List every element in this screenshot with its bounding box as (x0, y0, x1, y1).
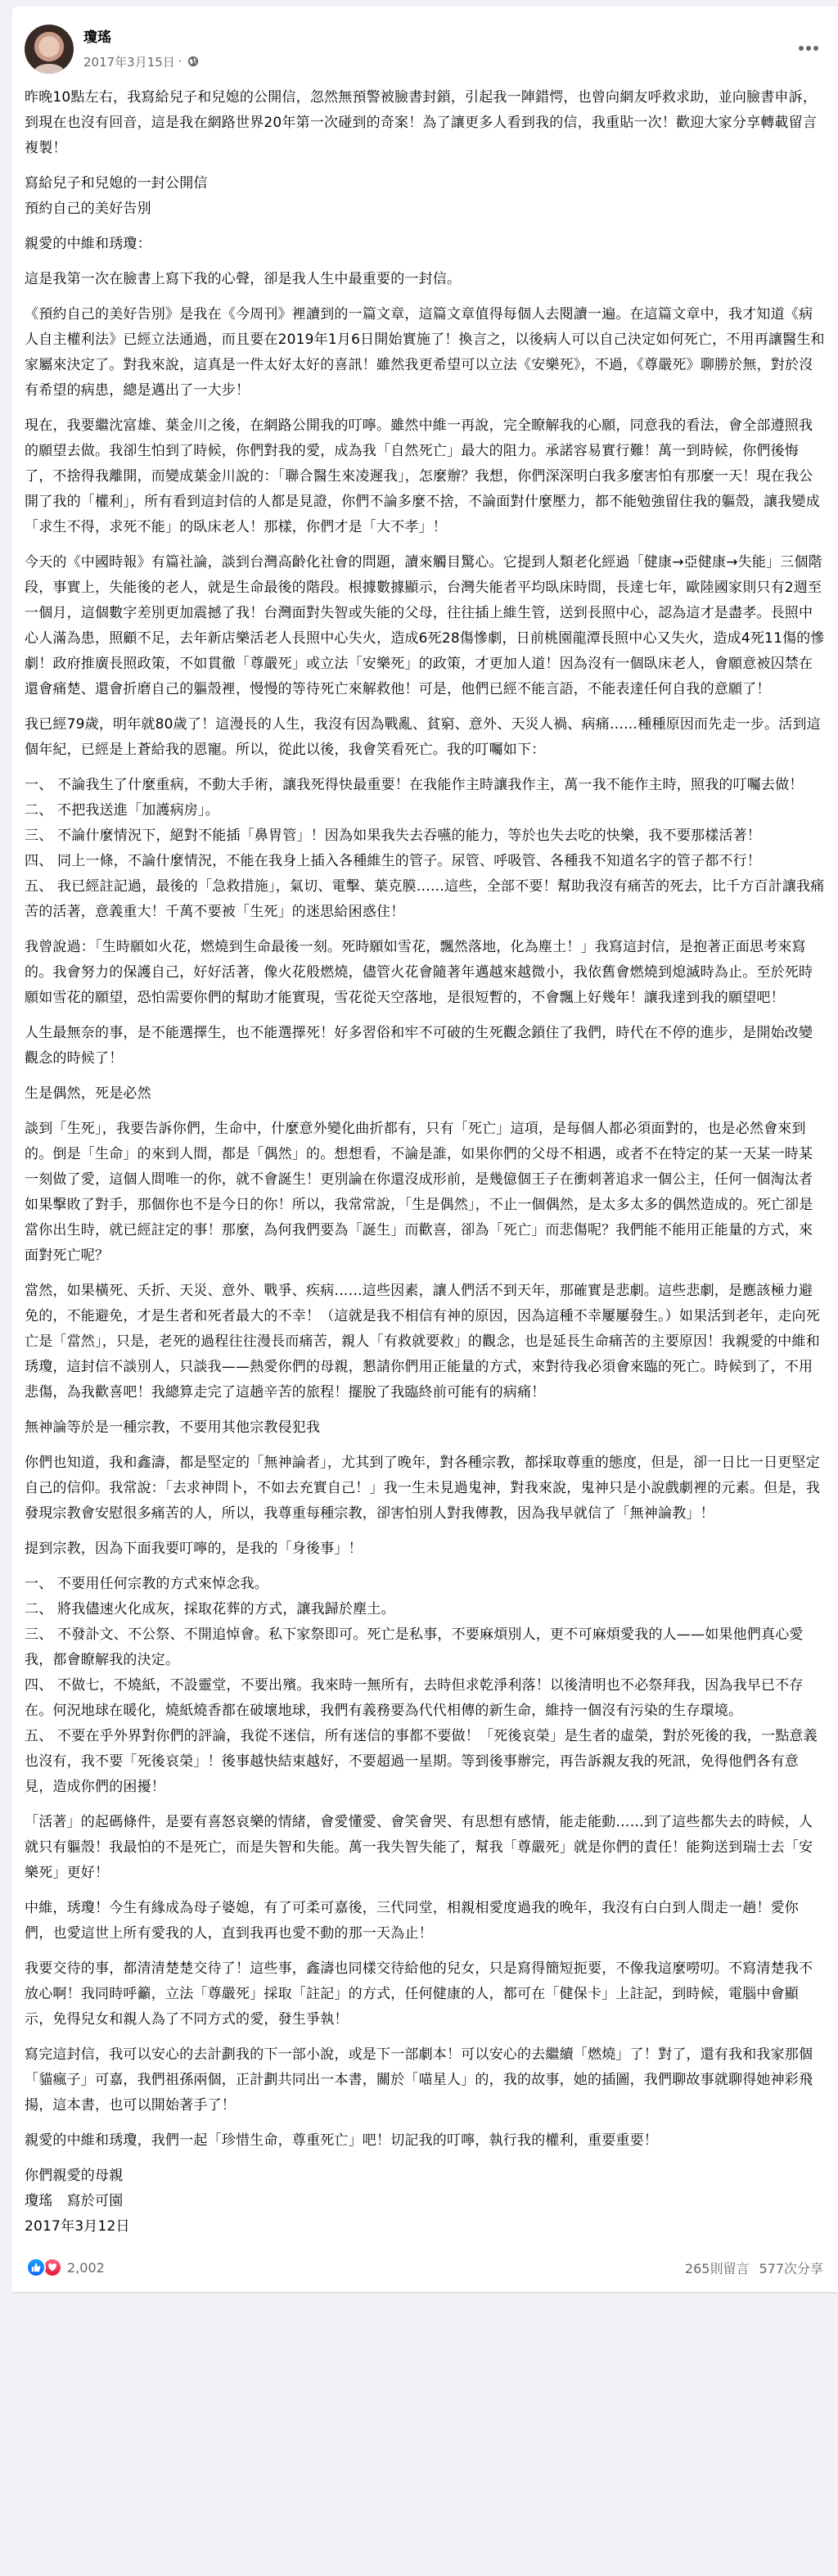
paragraph: 我曾說過：「生時願如火花，燃燒到生命最後一刻。死時願如雪花，飄然落地，化為塵土！… (25, 935, 825, 1011)
more-options-icon[interactable] (794, 41, 823, 56)
paragraph: 親愛的中維和琇瓊，我們一起「珍惜生命，尊重死亡」吧！切記我的叮嚀，執行我的權利，… (25, 2128, 825, 2154)
author-name[interactable]: 瓊瑤 (83, 29, 199, 47)
paragraph: 當然，如果橫死、夭折、天災、意外、戰爭、疾病……這些因素，讓人們活不到天年，那確… (25, 1279, 825, 1405)
shares-count[interactable]: 577次分享 (759, 2258, 823, 2277)
paragraph: 現在，我要繼沈富雄、葉金川之後，在網路公開我的叮嚀。雖然中維一再說，完全瞭解我的… (25, 413, 825, 540)
reaction-count[interactable]: 2,002 (67, 2260, 105, 2276)
post-body: 昨晚10點左右，我寫給兒子和兒媳的公開信，忽然無預警被臉書封鎖，引起我一陣錯愕，… (11, 82, 838, 2240)
author-avatar[interactable] (25, 25, 74, 74)
paragraph-salutation: 親愛的中維和琇瓊： (25, 232, 825, 257)
section-heading: 生是偶然，死是必然 (25, 1081, 825, 1107)
post-header: 瓊瑤 2017年3月15日 · (11, 7, 838, 82)
paragraph: 中維，琇瓊！今生有緣成為母子婆媳，有了可柔可嘉後，三代同堂，相親相愛度過我的晚年… (25, 1896, 825, 1947)
paragraph: 寫完這封信，我可以安心的去計劃我的下一部小說，或是下一部劇本！可以安心的去繼續「… (25, 2042, 825, 2118)
post-date[interactable]: 2017年3月15日 (83, 53, 175, 70)
paragraph: 提到宗教，因為下面我要叮嚀的，是我的「身後事」！ (25, 1536, 825, 1562)
post-footer: 2,002 265則留言 577次分享 (11, 2249, 838, 2282)
engagement-stats: 265則留言 577次分享 (685, 2258, 823, 2277)
paragraph: 我已經79歲，明年就80歲了！這漫長的人生，我沒有因為戰亂、貧窮、意外、天災人禍… (25, 712, 825, 763)
paragraph: 我要交待的事，都清清楚楚交待了！這些事，鑫濤也同樣交待給他的兒女，只是寫得簡短扼… (25, 1956, 825, 2032)
like-icon (26, 2258, 46, 2277)
paragraph-funeral-list: 一、 不要用任何宗教的方式來悼念我。 二、 將我儘速火化成灰，採取花葬的方式，讓… (25, 1572, 825, 1800)
dot (813, 46, 818, 51)
paragraph: 這是我第一次在臉書上寫下我的心聲，卻是我人生中最重要的一封信。 (25, 267, 825, 292)
reactions-summary[interactable]: 2,002 (26, 2258, 105, 2277)
post-card: 瓊瑤 2017年3月15日 · 昨晚10點左右，我寫給兒子和兒媳的公開信，忽然無… (11, 7, 838, 2292)
paragraph: 「活著」的起碼條件，是要有喜怒哀樂的情緒，會愛懂愛、會笑會哭、有思想有感情，能走… (25, 1810, 825, 1886)
paragraph-instructions-list: 一、 不論我生了什麼重病，不動大手術，讓我死得快最重要！在我能作主時讓我作主，萬… (25, 773, 825, 925)
comments-count[interactable]: 265則留言 (685, 2258, 750, 2277)
paragraph: 人生最無奈的事，是不能選擇生，也不能選擇死！好多習俗和牢不可破的生死觀念鎖住了我… (25, 1021, 825, 1071)
paragraph: 今天的《中國時報》有篇社論，談到台灣高齡化社會的問題，讀來觸目驚心。它提到人類老… (25, 550, 825, 702)
paragraph-signature: 你們親愛的母親 瓊瑤 寫於可園 2017年3月12日 (25, 2163, 825, 2240)
paragraph: 你們也知道，我和鑫濤，都是堅定的「無神論者」，尤其到了晚年，對各種宗教，都採取尊… (25, 1450, 825, 1527)
post-time-row: 2017年3月15日 · (83, 53, 199, 70)
section-heading: 無神論等於是一種宗教，不要用其他宗教侵犯我 (25, 1415, 825, 1441)
date-separator: · (178, 54, 182, 69)
dot (799, 46, 804, 51)
paragraph-letter-title: 寫給兒子和兒媳的一封公開信 預約自己的美好告別 (25, 171, 825, 222)
paragraph: 談到「生死」，我要告訴你們，生命中，什麼意外變化曲折都有，只有「死亡」這項，是每… (25, 1117, 825, 1269)
dot (806, 46, 811, 51)
paragraph: 《預約自己的美好告別》是我在《今周刊》裡讀到的一篇文章，這篇文章值得每個人去閱讀… (25, 302, 825, 404)
post-meta: 瓊瑤 2017年3月15日 · (83, 29, 199, 70)
globe-icon (187, 56, 199, 67)
paragraph-intro: 昨晚10點左右，我寫給兒子和兒媳的公開信，忽然無預警被臉書封鎖，引起我一陣錯愕，… (25, 85, 825, 161)
